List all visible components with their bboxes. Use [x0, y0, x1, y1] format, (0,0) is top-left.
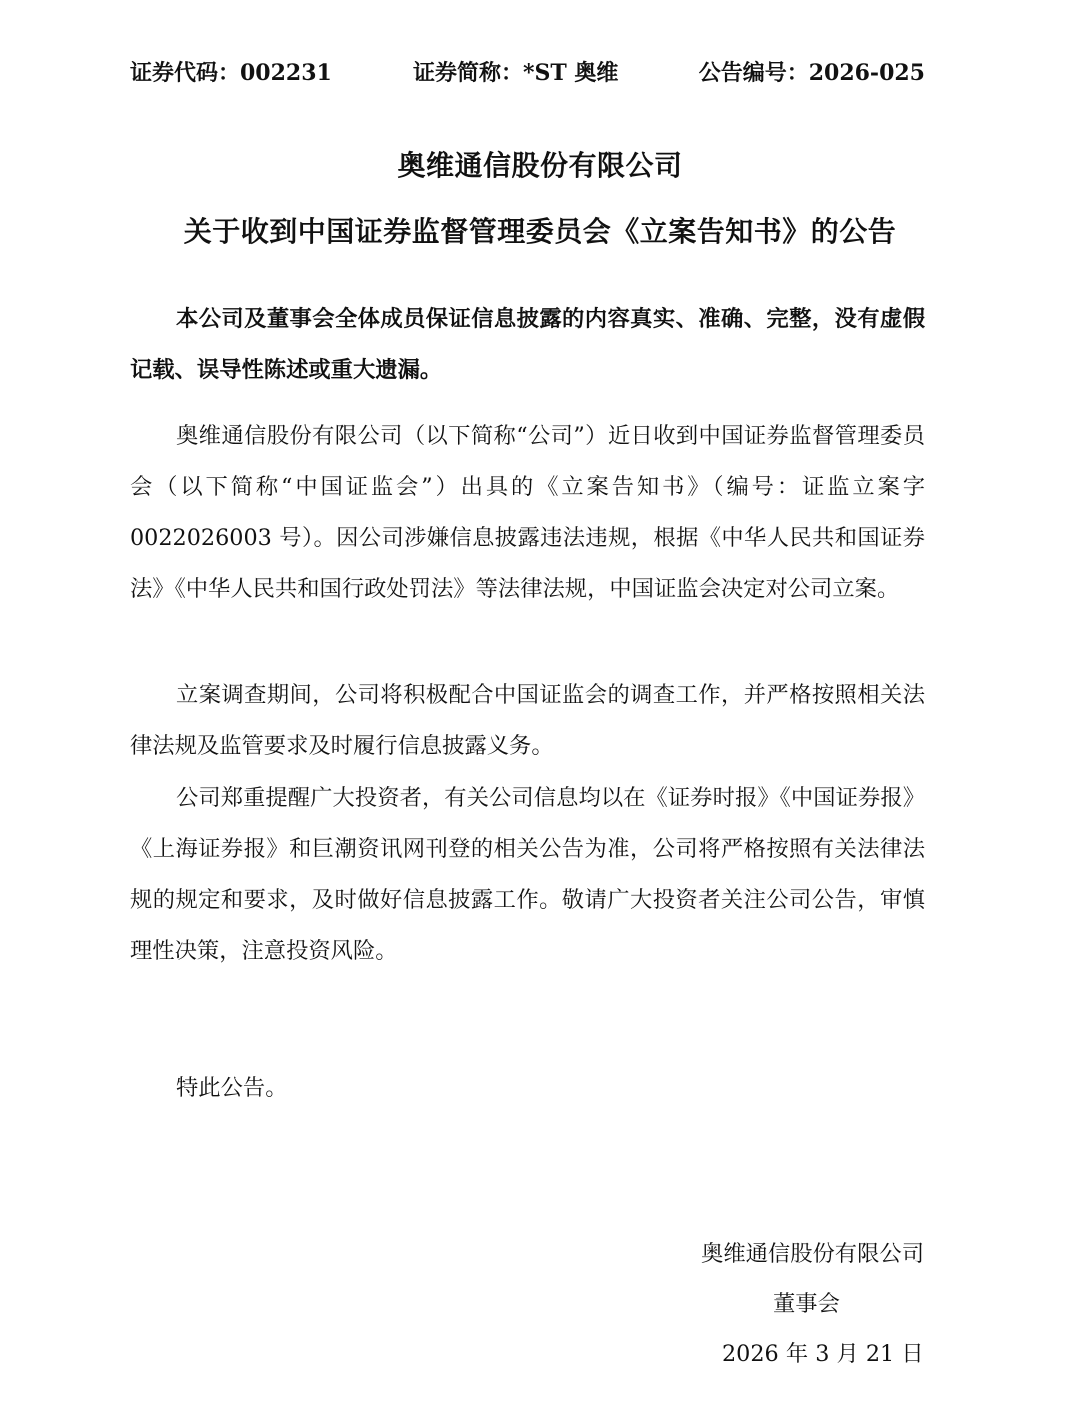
disclosure-statement: 本公司及董事会全体成员保证信息披露的内容真实、准确、完整，没有虚假记载、误导性陈…: [130, 294, 925, 396]
signature-date: 2026 年 3 月 21 日: [722, 1336, 924, 1368]
signature-board: 董事会: [773, 1286, 840, 1318]
body-paragraph-filing: 奥维通信股份有限公司（以下简称“公司”）近日收到中国证券监督管理委员会（以下简称…: [130, 411, 925, 615]
stock-code: 证券代码：002231: [130, 56, 332, 87]
announcement-number: 公告编号：2026-025: [699, 56, 925, 87]
announcement-header: 证券代码：002231 证券简称：*ST 奥维 公告编号：2026-025: [130, 56, 925, 92]
signature-company: 奥维通信股份有限公司: [701, 1236, 924, 1268]
body-paragraph-cooperation: 立案调查期间，公司将积极配合中国证监会的调查工作，并严格按照相关法律法规及监管要…: [130, 670, 925, 772]
announcement-title: 关于收到中国证券监督管理委员会《立案告知书》的公告: [0, 210, 1080, 250]
body-paragraph-investor-reminder: 公司郑重提醒广大投资者，有关公司信息均以在《证券时报》《中国证券报》《上海证券报…: [130, 773, 925, 977]
company-title: 奥维通信股份有限公司: [0, 144, 1080, 184]
closing-line: 特此公告。: [130, 1063, 925, 1114]
announcement-page: 证券代码：002231 证券简称：*ST 奥维 公告编号：2026-025 奥维…: [0, 0, 1080, 1402]
stock-abbreviation: 证券简称：*ST 奥维: [413, 56, 618, 87]
